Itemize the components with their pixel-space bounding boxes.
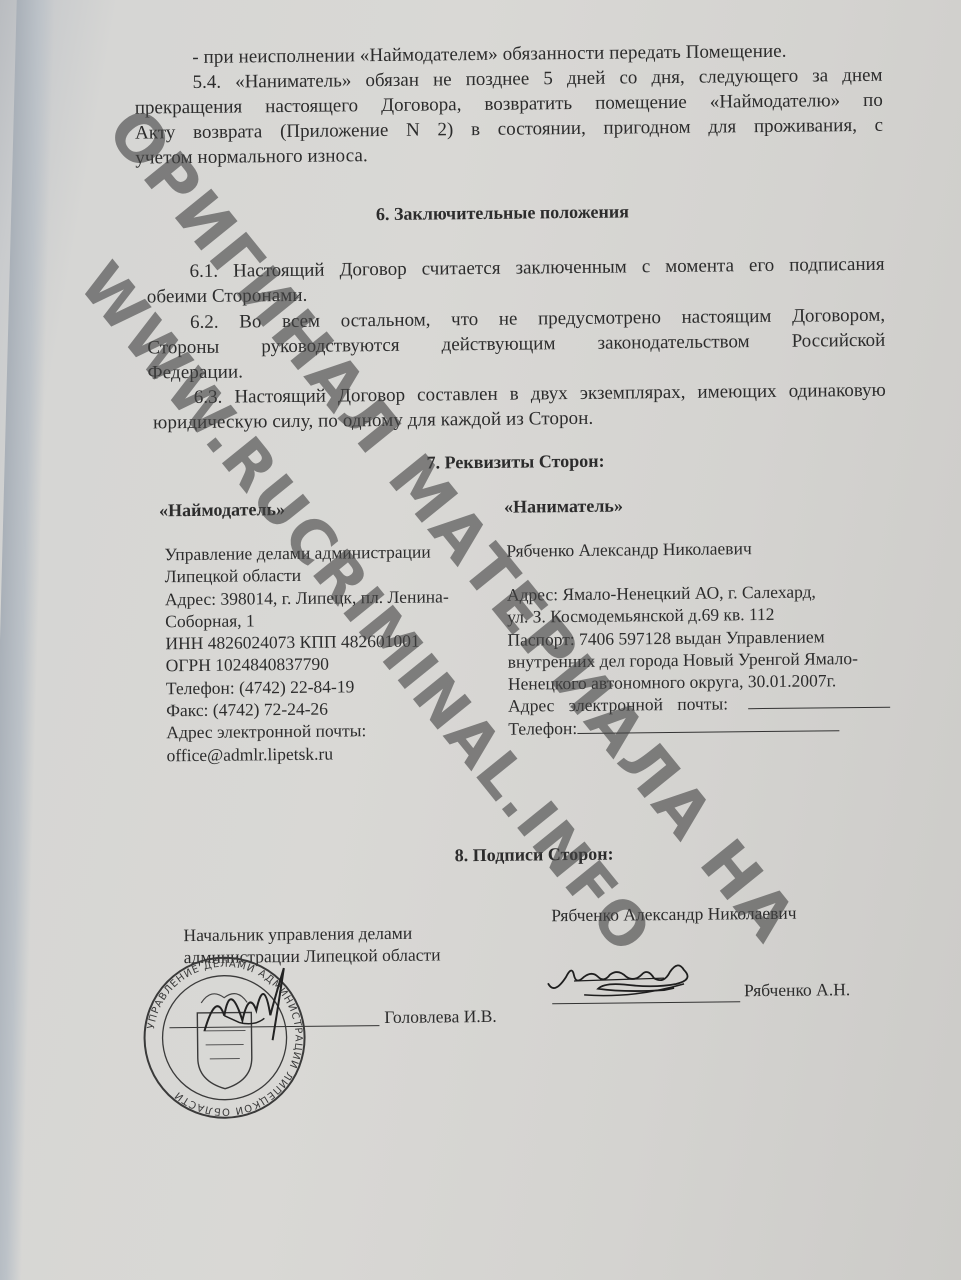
clause-5-4-line-1: 5.4. «Наниматель» обязан не позднее 5 дн… bbox=[192, 65, 882, 94]
landlord-handwritten-signature bbox=[194, 960, 305, 1051]
tenant-email-blank bbox=[748, 707, 890, 709]
clause-5-3-bullet: - при неисполнении «Наймодателем» обязан… bbox=[192, 41, 786, 69]
landlord-email: office@admlr.lipetsk.ru bbox=[166, 741, 450, 766]
tenant-signatory: Рябченко А.Н. bbox=[744, 978, 850, 1001]
tenant-title: «Наниматель» bbox=[504, 495, 623, 517]
landlord-signatory: Головлева И.В. bbox=[384, 1005, 497, 1028]
landlord-position-line-1: Начальник управления делами bbox=[183, 921, 440, 946]
section-6-heading: 6. Заключительные положения bbox=[376, 201, 629, 225]
tenant-name: Рябченко Александр Николаевич bbox=[506, 537, 751, 562]
landlord-email-label: Адрес электронной почты: bbox=[166, 719, 450, 744]
tenant-handwritten-signature bbox=[544, 954, 714, 1004]
clause-5-4-line-3: Акту возврата (Приложение N 2) в состоян… bbox=[135, 115, 883, 145]
